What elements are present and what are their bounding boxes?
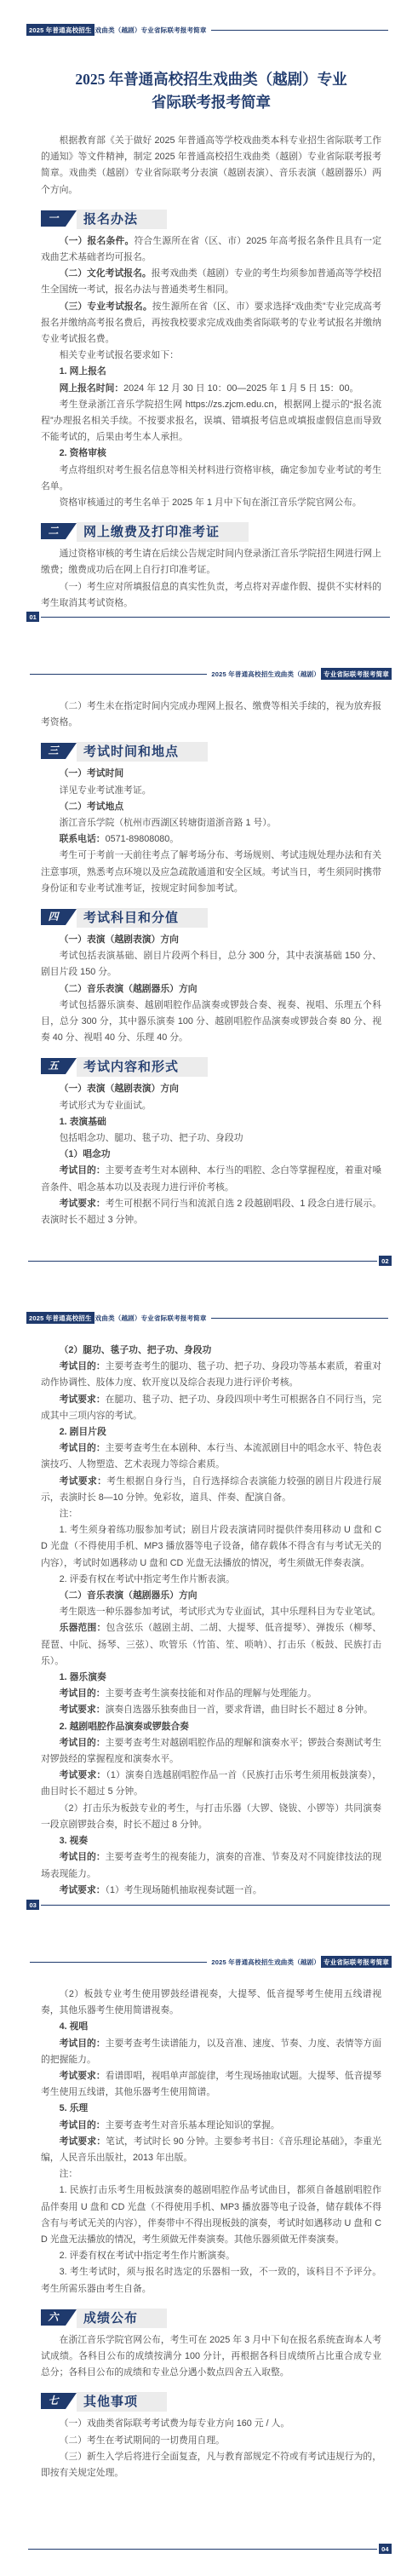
page-body: （2）腿功、毯子功、把子功、身段功考试目的：主要考查考生的腿功、毯子功、把子功、… (41, 1343, 381, 1899)
paragraph-bold-label: 1. 器乐演奏 (60, 1672, 106, 1682)
page-number: 03 (26, 1900, 39, 1910)
paragraph: 考试要求：考生可根据不同行当和流派自选 2 段越剧唱段、1 段念白进行展示。表演… (41, 1196, 381, 1228)
paragraph: 相关专业考试报名要求如下： (41, 348, 381, 364)
paragraph: 考试目的：主要考查考生对音乐基本理论知识的掌握。 (41, 2118, 381, 2134)
paragraph-bold-label: （二）文化考试报名。 (60, 268, 152, 279)
page-header-rule (30, 674, 207, 675)
section-number-badge-icon: 五 (41, 1058, 77, 1074)
document-page: 专业省际联考报考简章 2025 年普通高校招生戏曲类（越剧） （二）考生未在指定… (0, 644, 418, 1288)
paragraph-bold-label: 考试要求： (60, 1770, 106, 1780)
section-number: 二 (41, 523, 66, 539)
section-heading: 四 考试科目和分值 (41, 908, 381, 928)
paragraph: 联系电话：0571-89808080。 (41, 831, 381, 848)
paragraph: 考生可于考前一天前往考点了解考场分布、考场规则、考试违规处理办法和有关注意事项，… (41, 848, 381, 897)
paragraph-bold-label: （二）考试地点 (60, 802, 124, 812)
paragraph-bold-label: （一）表演（越剧表演）方向 (60, 1084, 179, 1094)
paragraph: （一）考生应对所填报信息的真实性负责，考点将对弄虚作假、提供不实材料的考生取消其… (41, 579, 381, 612)
paragraph: 考试目的：主要考查考生读谱能力，以及音准、速度、节奏、力度、表情等方面的把握能力… (41, 2036, 381, 2068)
paragraph-bold-label: 考试要求： (60, 2136, 106, 2147)
paragraph: 乐器范围：包含弦乐（越剧主胡、二胡、大提琴、低音提琴）、弹拨乐（柳琴、琵琶、中阮… (41, 1620, 381, 1670)
paragraph: 考试形式为专业面试。 (41, 1098, 381, 1114)
document-title-line1: 2025 年普通高校招生戏曲类（越剧）专业 (41, 68, 381, 91)
section-number: 七 (41, 2393, 66, 2409)
paragraph: 4. 视唱 (41, 2019, 381, 2035)
paragraph-bold-label: 2. 越剧唱腔作品演奏或锣鼓合奏 (60, 1722, 189, 1732)
section-number-badge-icon: 七 (41, 2393, 77, 2409)
page-header: 2025 年普通高校招生 戏曲类（越剧）专业省际联考报考简章 (26, 1312, 392, 1324)
paragraph: 1. 网上报名 (41, 364, 381, 380)
paragraph-text: （三）新生入学后将进行全面复查，凡与教育部规定不符或有考试违规行为的，即按有关规… (41, 2452, 381, 2478)
paragraph-text: 3. 考生考试时，须与报名时选定的乐器相一致，不一致的，该科目不予评分。考生所需… (41, 2267, 381, 2293)
page-header: 2025 年普通高校招生 戏曲类（越剧）专业省际联考报考简章 (26, 24, 392, 36)
paragraph: 资格审核通过的考生名单于 2025 年 1 月中下旬在浙江音乐学院官网公布。 (41, 495, 381, 511)
paragraph: 注： (41, 2166, 381, 2182)
section-title: 报名办法 (77, 210, 167, 229)
section-heading: 五 考试内容和形式 (41, 1057, 381, 1077)
paragraph: 通过资格审核的考生请在后续公告规定时间内登录浙江音乐学院招生网进行网上缴费；缴费… (41, 546, 381, 578)
paragraph: 3. 考生考试时，须与报名时选定的乐器相一致，不一致的，该科目不予评分。考生所需… (41, 2264, 381, 2297)
paragraph-text: 1. 考生须身着练功服参加考试；剧目片段表演请同时提供伴奏用移动 U 盘和 CD… (41, 1525, 381, 1567)
paragraph-bold-label: 考试目的： (60, 1852, 106, 1862)
paragraph-bold-label: （一）考试时间 (60, 768, 124, 779)
paragraph: 在浙江音乐学院官网公布，考生可在 2025 年 3 月中下旬在报名系统查询本人考… (41, 2332, 381, 2382)
page-footer-rule (41, 617, 390, 618)
paragraph-text: 考生登录浙江音乐学院招生网 https://zs.zjcm.edu.cn，根据网… (41, 400, 381, 442)
page-header-text: 戏曲类（越剧）专业省际联考报考简章 (94, 1314, 208, 1323)
paragraph-text: 考生可于考前一天前往考点了解考场分布、考场规则、考试违规处理办法和有关注意事项，… (41, 850, 381, 893)
paragraph: 3. 视奏 (41, 1833, 381, 1849)
paragraph-text: 根据教育部《关于做好 2025 年普通高等学校戏曲类本科专业招生省际联考工作的通… (41, 135, 381, 195)
paragraph: （二）音乐表演（越剧器乐）方向 (41, 981, 381, 998)
paragraph-bold-label: 考试目的： (60, 1738, 106, 1748)
page-header-text: 2025 年普通高校招生戏曲类（越剧） (210, 1958, 321, 1967)
paragraph: 考试目的：主要考查考生在本剧种、本行当、本流派剧目中的唱念水平、特色表演技巧、人… (41, 1440, 381, 1473)
paragraph: 考试要求：笔试，考试时长 90 分钟。主要参考书目：《音乐理论基础》，李重光编，… (41, 2134, 381, 2166)
paragraph-text: 考试包括表演基础、剧目片段两个科目，总分 300 分，其中表演基础 150 分、… (41, 951, 381, 977)
paragraph: （三）专业考试报名。按生源所在省（区、市）要求选择“戏曲类”专业完成高考报名并缴… (41, 299, 381, 348)
section-title: 成绩公布 (77, 2309, 167, 2328)
paragraph-bold-label: （三）专业考试报名。 (60, 302, 152, 312)
section-badge-triangle-icon (66, 1058, 77, 1074)
section-badge-triangle-icon (66, 743, 77, 759)
paragraph-text: 相关专业考试报名要求如下： (60, 350, 179, 360)
page-header-text: 戏曲类（越剧）专业省际联考报考简章 (94, 26, 208, 35)
paragraph-bold-label: （2）腿功、毯子功、把子功、身段功 (60, 1345, 212, 1355)
paragraph-bold-label: 乐器范围： (60, 1623, 106, 1633)
section-number-badge-icon: 四 (41, 909, 77, 925)
paragraph-bold-label: （1）唱念功 (60, 1149, 111, 1159)
paragraph: 包括唱念功、腿功、毯子功、把子功、身段功 (41, 1130, 381, 1147)
section-number: 一 (41, 210, 66, 227)
paragraph-bold-label: 网上报名时间： (60, 383, 124, 394)
page-footer-rule (28, 1261, 377, 1262)
section-title: 考试内容和形式 (77, 1057, 208, 1077)
paragraph: 网上报名时间：2024 年 12 月 30 日 10：00—2025 年 1 月… (41, 381, 381, 397)
paragraph: （2）打击乐为板鼓专业的考生，与打击乐器（大锣、铙钹、小锣等）共同演奏一段京剧锣… (41, 1801, 381, 1833)
paragraph-text: 0571-89808080。 (106, 834, 179, 844)
section-heading: 六 成绩公布 (41, 2309, 381, 2328)
paragraph-bold-label: （二）音乐表演（越剧器乐）方向 (60, 984, 198, 994)
paragraph-text: （二）考生未在指定时间内完成办理网上报名、缴费等相关手续的，视为放弃报考资格。 (41, 701, 381, 727)
section-title: 考试时间和地点 (77, 742, 208, 762)
paragraph: （2）腿功、毯子功、把子功、身段功 (41, 1343, 381, 1359)
page-header-highlight: 专业省际联考报考简章 (321, 1956, 392, 1968)
paragraph: 浙江音乐学院（杭州市西湖区转塘街道浙音路 1 号）。 (41, 815, 381, 831)
paragraph-text: 考点将组织对考生报名信息等相关材料进行资格审核，确定参加专业考试的考生名单。 (41, 465, 381, 492)
paragraph-bold-label: 考试要求： (60, 1885, 106, 1895)
paragraph-text: 详见专业考试准考证。 (60, 785, 152, 796)
paragraph: 1. 民族打击乐考生用板鼓演奏的越剧唱腔作品考试曲目，都须自备越剧唱腔作品伴奏用… (41, 2182, 381, 2248)
paragraph: 考试要求：考生根据自身行当，自行选择综合表演能力较强的剧目片段进行展示，表演时长… (41, 1474, 381, 1506)
paragraph-bold-label: 1. 网上报名 (60, 366, 106, 377)
paragraph: （二）音乐表演（越剧器乐）方向 (41, 1588, 381, 1604)
paragraph-text: 2. 评委有权在考试中指定考生作片断表演。 (60, 1574, 235, 1584)
paragraph-bold-label: 考试目的： (60, 1165, 106, 1176)
page-header-highlight: 2025 年普通高校招生 (26, 24, 94, 36)
paragraph-bold-label: 2. 剧目片段 (60, 1427, 106, 1437)
section-number-badge-icon: 六 (41, 2309, 77, 2326)
paragraph: 考试要求：（1）考生现场随机抽取视奏试题一首。 (41, 1883, 381, 1899)
document-title-line2: 省际联考报考简章 (41, 91, 381, 114)
section-heading: 七 其他事项 (41, 2392, 381, 2412)
section-number-badge-icon: 二 (41, 523, 77, 539)
paragraph: （一）考试时间 (41, 766, 381, 782)
paragraph: 考生登录浙江音乐学院招生网 https://zs.zjcm.edu.cn，根据网… (41, 397, 381, 446)
page-header: 专业省际联考报考简章 2025 年普通高校招生戏曲类（越剧） (26, 1956, 392, 1968)
document-page: 2025 年普通高校招生 戏曲类（越剧）专业省际联考报考简章 2025 年普通高… (0, 0, 418, 644)
paragraph-text: 1. 民族打击乐考生用板鼓演奏的越剧唱腔作品考试曲目，都须自备越剧唱腔作品伴奏用… (41, 2185, 381, 2245)
paragraph-text: （一）考生应对所填报信息的真实性负责，考点将对弄虚作假、提供不实材料的考生取消其… (41, 582, 381, 608)
paragraph: （二）考生未在指定时间内完成办理网上报名、缴费等相关手续的，视为放弃报考资格。 (41, 699, 381, 731)
paragraph-text: （1）考生现场随机抽取视奏试题一首。 (106, 1885, 262, 1895)
section-title: 考试科目和分值 (77, 908, 208, 928)
paragraph-bold-label: 考试目的： (60, 2038, 106, 2049)
paragraph: 考试要求：在腿功、毯子功、把子功、身段四项中考生可根据各自不同行当，完成其中三项… (41, 1392, 381, 1424)
paragraph-text: 注： (60, 2169, 78, 2179)
paragraph-bold-label: 3. 视奏 (60, 1836, 89, 1846)
paragraph: 考点将组织对考生报名信息等相关材料进行资格审核，确定参加专业考试的考生名单。 (41, 463, 381, 495)
paragraph-text: （二）考生在考试期间的一切费用自理。 (60, 2435, 225, 2446)
paragraph-text: 考试形式为专业面试。 (60, 1101, 152, 1111)
paragraph-bold-label: 考试要求： (60, 1394, 106, 1405)
paragraph: （二）考生在考试期间的一切费用自理。 (41, 2433, 381, 2449)
paragraph-text: 通过资格审核的考生请在后续公告规定时间内登录浙江音乐学院招生网进行网上缴费；缴费… (41, 549, 381, 575)
page-header: 专业省际联考报考简章 2025 年普通高校招生戏曲类（越剧） (26, 668, 392, 680)
section-badge-triangle-icon (66, 909, 77, 925)
paragraph: 考试要求：看谱即唱，视唱单声部旋律，考生现场抽取试题。大提琴、低音提琴考生使用五… (41, 2068, 381, 2101)
paragraph: （1）唱念功 (41, 1147, 381, 1163)
paragraph: 1. 考生须身着练功服参加考试；剧目片段表演请同时提供伴奏用移动 U 盘和 CD… (41, 1522, 381, 1572)
page-body: （2）板鼓专业考生使用锣鼓经谱视奏，大提琴、低音提琴考生使用五线谱视奏，其他乐器… (41, 1987, 381, 2481)
section-badge-triangle-icon (66, 2309, 77, 2326)
page-header-text: 2025 年普通高校招生戏曲类（越剧） (210, 670, 321, 679)
paragraph: （二）文化考试报名。报考戏曲类（越剧）专业的考生均须参加普通高等学校招生全国统一… (41, 266, 381, 298)
paragraph-text: 演奏自选器乐独奏曲目一首，要求背谱，曲目时长不超过 8 分钟。 (106, 1705, 373, 1715)
paragraph-text: （2）打击乐为板鼓专业的考生，与打击乐器（大锣、铙钹、小锣等）共同演奏一段京剧锣… (41, 1803, 381, 1830)
paragraph-text: 注： (60, 1509, 78, 1519)
paragraph: 2. 评委有权在考试中指定考生作片断表演。 (41, 1572, 381, 1588)
paragraph: 1. 器乐演奏 (41, 1670, 381, 1686)
paragraph-text: 考生限选一种乐器参加考试，考试形式为专业面试，其中乐理科目为专业笔试。 (60, 1607, 381, 1617)
paragraph: 考试目的：主要考查考生对本剧种、本行当的唱腔、念白等掌握程度，着重对嗓音条件、唱… (41, 1163, 381, 1195)
section-title: 其他事项 (77, 2392, 167, 2412)
paragraph-bold-label: （一）报名条件。 (60, 236, 135, 246)
paragraph-bold-label: 考试要求： (60, 1476, 107, 1486)
page-header-highlight: 2025 年普通高校招生 (26, 1312, 94, 1324)
section-heading: 二 网上缴费及打印准考证 (41, 522, 381, 542)
paragraph: 考试要求：（1）演奏自选越剧唱腔作品一首（民族打击乐考生须用板鼓演奏），曲目时长… (41, 1768, 381, 1800)
paragraph-text: 资格审核通过的考生名单于 2025 年 1 月中下旬在浙江音乐学院官网公布。 (60, 497, 362, 508)
page-footer: 01 (26, 612, 392, 622)
paragraph-bold-label: 考试要求： (60, 2071, 106, 2081)
document-pages: 2025 年普通高校招生 戏曲类（越剧）专业省际联考报考简章 2025 年普通高… (0, 0, 418, 2576)
document-page: 2025 年普通高校招生 戏曲类（越剧）专业省际联考报考简章 （2）腿功、毯子功… (0, 1288, 418, 1932)
paragraph: （一）表演（越剧表演）方向 (41, 932, 381, 948)
page-body: 2025 年普通高校招生戏曲类（越剧）专业 省际联考报考简章 根据教育部《关于做… (41, 55, 381, 612)
paragraph-text: （一）戏曲类省际联考考试费为每专业方向 160 元 / 人。 (60, 2418, 290, 2429)
paragraph: 详见专业考试准考证。 (41, 783, 381, 799)
paragraph: 2. 越剧唱腔作品演奏或锣鼓合奏 (41, 1719, 381, 1735)
paragraph-text: 主要考查考生演奏技能和对作品的理解与处理能力。 (106, 1688, 317, 1699)
paragraph-bold-label: 考试目的： (60, 1688, 106, 1699)
paragraph-text: 浙江音乐学院（杭州市西湖区转塘街道浙音路 1 号）。 (60, 818, 277, 828)
page-header-rule (211, 1318, 388, 1319)
paragraph: （一）报名条件。符合生源所在省（区、市）2025 年高考报名条件且具有一定戏曲艺… (41, 233, 381, 266)
section-number-badge-icon: 一 (41, 210, 77, 227)
paragraph: 考试目的：主要考查考生的腿功、毯子功、把子功、身段功等基本素质，着重对动作协调性… (41, 1359, 381, 1391)
section-badge-triangle-icon (66, 523, 77, 539)
page-header-rule (211, 30, 388, 31)
page-number: 04 (379, 2544, 392, 2554)
paragraph-text: 在浙江音乐学院官网公布，考生可在 2025 年 3 月中下旬在报名系统查询本人考… (41, 2335, 381, 2378)
page-header-rule (30, 1962, 207, 1963)
paragraph: 考试目的：主要考查考生演奏技能和对作品的理解与处理能力。 (41, 1686, 381, 1702)
document-page: 专业省际联考报考简章 2025 年普通高校招生戏曲类（越剧） （2）板鼓专业考生… (0, 1932, 418, 2576)
page-header-highlight: 专业省际联考报考简章 (321, 668, 392, 680)
section-badge-triangle-icon (66, 210, 77, 227)
paragraph: 考生限选一种乐器参加考试，考试形式为专业面试，其中乐理科目为专业笔试。 (41, 1604, 381, 1620)
section-number-badge-icon: 三 (41, 743, 77, 759)
paragraph: 2. 资格审核 (41, 446, 381, 462)
paragraph-bold-label: 联系电话： (60, 834, 106, 844)
paragraph: （三）新生入学后将进行全面复查，凡与教育部规定不符或有考试违规行为的，即按有关规… (41, 2449, 381, 2481)
paragraph: 考试包括表演基础、剧目片段两个科目，总分 300 分，其中表演基础 150 分、… (41, 948, 381, 980)
paragraph-bold-label: 4. 视唱 (60, 2021, 89, 2032)
paragraph-bold-label: 5. 乐理 (60, 2103, 89, 2113)
paragraph: 2. 剧目片段 (41, 1424, 381, 1440)
page-number: 02 (379, 1256, 392, 1266)
page-body: （二）考生未在指定时间内完成办理网上报名、缴费等相关手续的，视为放弃报考资格。 … (41, 699, 381, 1228)
page-footer-rule (41, 1905, 390, 1906)
paragraph: 注： (41, 1506, 381, 1522)
section-number: 六 (41, 2309, 66, 2326)
page-footer: 03 (26, 1900, 392, 1910)
paragraph-bold-label: （二）音乐表演（越剧器乐）方向 (60, 1590, 198, 1601)
page-footer: 02 (26, 1256, 392, 1266)
paragraph-text: 主要考查考生对音乐基本理论知识的掌握。 (106, 2120, 280, 2130)
paragraph: （一）戏曲类省际联考考试费为每专业方向 160 元 / 人。 (41, 2416, 381, 2432)
section-title: 网上缴费及打印准考证 (77, 522, 249, 542)
paragraph-text: （2）板鼓专业考生使用锣鼓经谱视奏，大提琴、低音提琴考生使用五线谱视奏，其他乐器… (41, 1989, 381, 2015)
page-footer-rule (28, 2549, 377, 2550)
paragraph-text: 考试包括器乐演奏、越剧唱腔作品演奏或锣鼓合奏、视奏、视唱、乐理五个科目，总分 3… (41, 1000, 381, 1043)
paragraph-bold-label: 考试目的： (60, 2120, 106, 2130)
section-number: 五 (41, 1058, 66, 1074)
paragraph-bold-label: 考试要求： (60, 1705, 106, 1715)
section-badge-triangle-icon (66, 2393, 77, 2409)
page-number: 01 (26, 612, 39, 622)
paragraph-text: 包括唱念功、腿功、毯子功、把子功、身段功 (60, 1133, 243, 1143)
section-number: 三 (41, 743, 66, 759)
paragraph: 5. 乐理 (41, 2101, 381, 2117)
document-title: 2025 年普通高校招生戏曲类（越剧）专业 省际联考报考简章 (41, 68, 381, 114)
paragraph: 考试包括器乐演奏、越剧唱腔作品演奏或锣鼓合奏、视奏、视唱、乐理五个科目，总分 3… (41, 998, 381, 1047)
paragraph-text: 2024 年 12 月 30 日 10：00—2025 年 1 月 5 日 15… (123, 383, 358, 394)
paragraph-bold-label: 考试目的： (60, 1361, 106, 1371)
paragraph: 考试目的：主要考查考生的视奏能力，演奏的音准、节奏及对不同旋律技法的现场表现能力… (41, 1849, 381, 1882)
section-heading: 三 考试时间和地点 (41, 742, 381, 762)
paragraph-bold-label: 2. 资格审核 (60, 448, 106, 458)
paragraph-bold-label: 考试目的： (60, 1443, 106, 1453)
paragraph: （2）板鼓专业考生使用锣鼓经谱视奏，大提琴、低音提琴考生使用五线谱视奏，其他乐器… (41, 1987, 381, 2019)
paragraph: 根据教育部《关于做好 2025 年普通高等学校戏曲类本科专业招生省际联考工作的通… (41, 133, 381, 198)
paragraph-bold-label: （一）表演（越剧表演）方向 (60, 934, 179, 945)
paragraph: （二）考试地点 (41, 799, 381, 815)
paragraph: 考试目的：主要考查考生对越剧唱腔作品的理解和演奏水平；锣鼓合奏测试考生对锣鼓经的… (41, 1735, 381, 1768)
section-heading: 一 报名办法 (41, 210, 381, 229)
page-footer: 04 (26, 2544, 392, 2554)
paragraph-bold-label: 考试要求： (60, 1199, 106, 1209)
paragraph: 考试要求：演奏自选器乐独奏曲目一首，要求背谱，曲目时长不超过 8 分钟。 (41, 1702, 381, 1718)
section-number: 四 (41, 909, 66, 925)
paragraph: 2. 评委有权在考试中指定考生作片断演奏。 (41, 2248, 381, 2264)
paragraph-bold-label: 1. 表演基础 (60, 1117, 106, 1127)
paragraph: 1. 表演基础 (41, 1114, 381, 1130)
paragraph-text: 2. 评委有权在考试中指定考生作片断演奏。 (60, 2251, 235, 2261)
paragraph: （一）表演（越剧表演）方向 (41, 1081, 381, 1097)
